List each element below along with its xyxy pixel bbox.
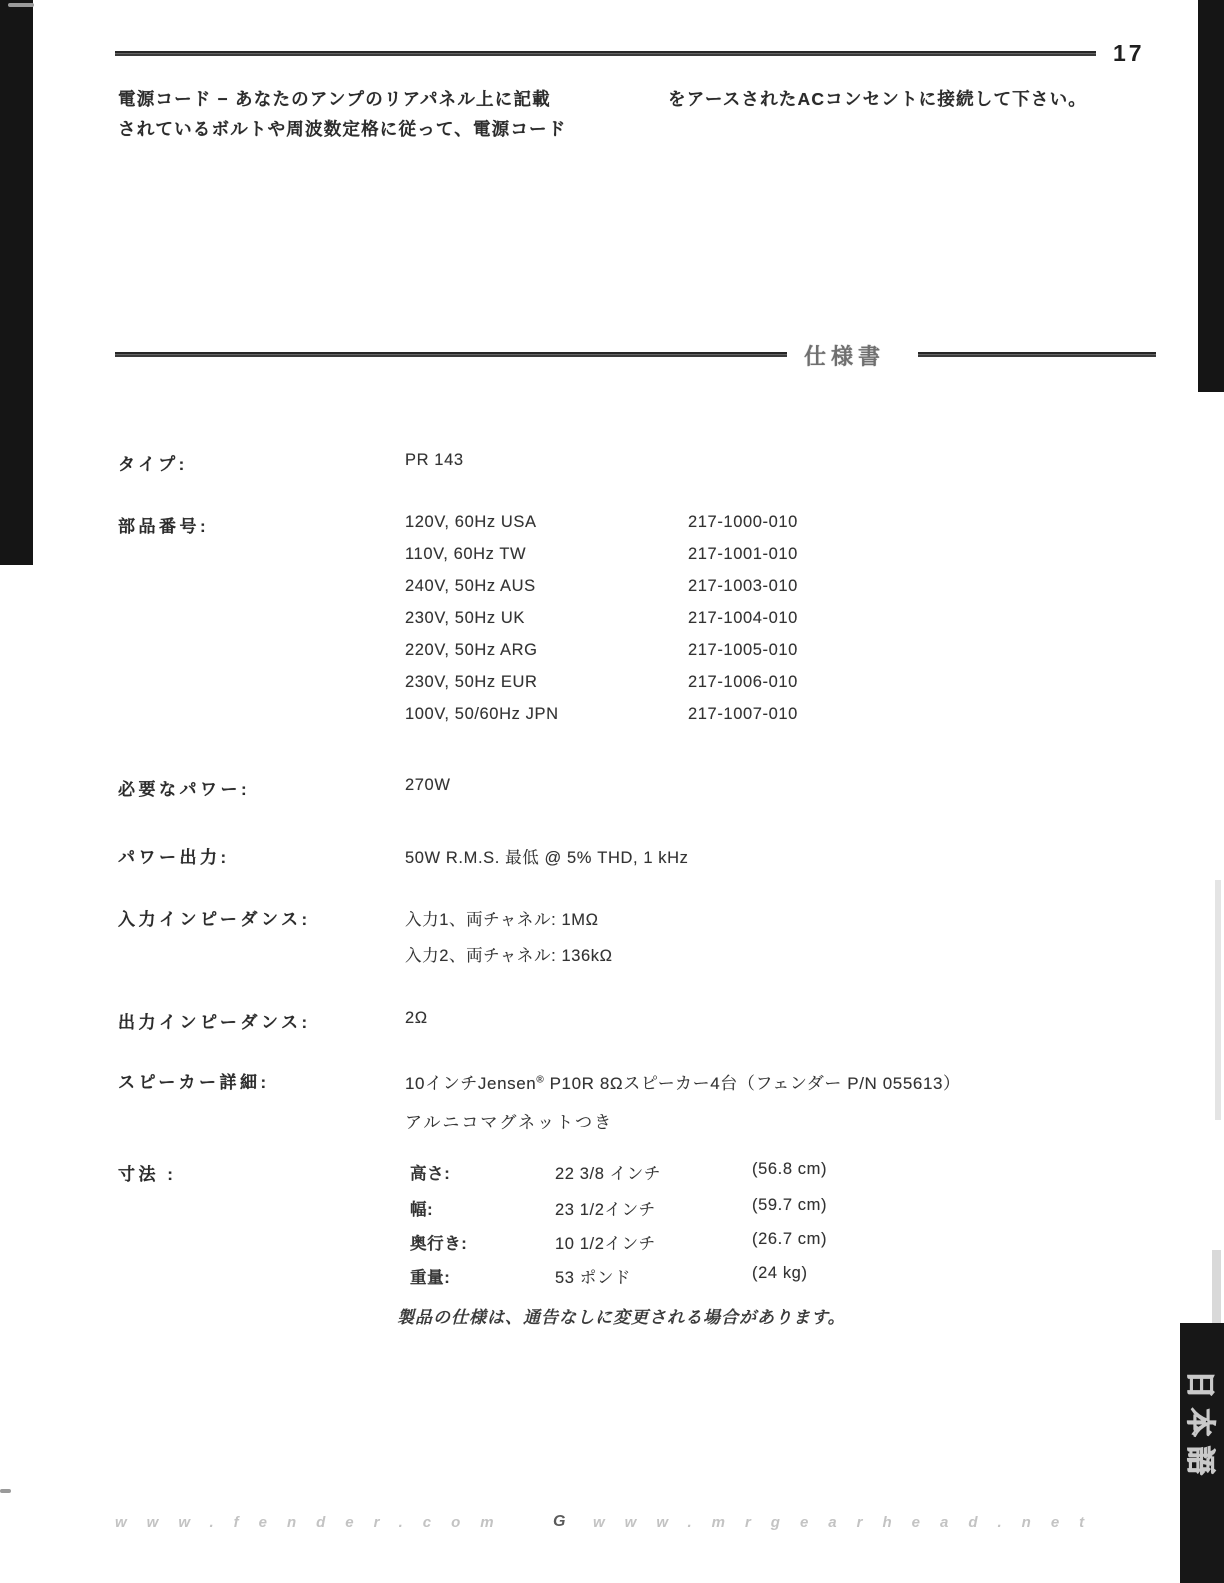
intro-left-line1: 電源コード − あなたのアンプのリアパネル上に記載 bbox=[118, 86, 551, 111]
language-tab-label: 日本語 bbox=[1182, 1370, 1223, 1484]
dim-imperial: 10 1/2インチ bbox=[555, 1230, 656, 1254]
spec-label-power-output: パワー出力: bbox=[118, 843, 230, 868]
intro-left-line2: されているボルトや周波数定格に従って、電源コード bbox=[118, 116, 566, 141]
dim-name: 奥行き: bbox=[410, 1230, 467, 1254]
scan-faint-strip-right-lower bbox=[1212, 1250, 1221, 1323]
manual-page: 17 電源コード − あなたのアンプのリアパネル上に記載 されているボルトや周波… bbox=[0, 0, 1224, 1583]
scan-edge-left-bar bbox=[0, 0, 33, 565]
speaker-text-cont: P10R 8Ωスピーカー4台（フェンダー P/N 055613） bbox=[544, 1074, 960, 1093]
part-variant: 110V, 60Hz TW bbox=[405, 545, 526, 564]
part-number: 217-1000-010 bbox=[688, 513, 798, 532]
spec-value-type: PR 143 bbox=[405, 451, 464, 470]
dim-metric: (24 kg) bbox=[752, 1264, 808, 1283]
dim-metric: (26.7 cm) bbox=[752, 1230, 827, 1249]
dim-name: 高さ: bbox=[410, 1160, 450, 1184]
part-variant: 230V, 50Hz UK bbox=[405, 609, 525, 628]
part-number: 217-1005-010 bbox=[688, 641, 798, 660]
footer-mrgearhead-url: www.mrgearhead.net bbox=[593, 1514, 1104, 1531]
spec-value-output-impedance: 2Ω bbox=[405, 1009, 428, 1028]
part-variant: 230V, 50Hz EUR bbox=[405, 673, 538, 692]
section-rule-left bbox=[115, 352, 787, 357]
dim-metric: (59.7 cm) bbox=[752, 1196, 827, 1215]
spec-label-power-required: 必要なパワー: bbox=[118, 775, 250, 800]
spec-value-input-impedance-2: 入力2、両チャネル: 136kΩ bbox=[405, 942, 613, 966]
page-number: 17 bbox=[1113, 40, 1145, 67]
spec-label-output-impedance: 出力インピーダンス: bbox=[118, 1008, 311, 1033]
section-title: 仕様書 bbox=[804, 340, 885, 371]
dim-name: 重量: bbox=[410, 1264, 450, 1288]
scan-smudge-left-edge bbox=[0, 1489, 11, 1493]
spec-disclaimer-note: 製品の仕様は、通告なしに変更される場合があります。 bbox=[397, 1303, 846, 1328]
part-number: 217-1007-010 bbox=[688, 705, 798, 724]
spec-label-type: タイプ: bbox=[118, 450, 188, 475]
scan-faint-strip-right bbox=[1215, 880, 1221, 1120]
footer-center-mark: G bbox=[553, 1513, 565, 1531]
dim-name: 幅: bbox=[410, 1196, 433, 1220]
footer-fender-url: www.fender.com bbox=[115, 1514, 514, 1531]
spec-value-power-required: 270W bbox=[405, 776, 451, 795]
part-variant: 220V, 50Hz ARG bbox=[405, 641, 538, 660]
part-number: 217-1001-010 bbox=[688, 545, 798, 564]
part-number: 217-1003-010 bbox=[688, 577, 798, 596]
scan-smudge-top-left bbox=[8, 3, 34, 7]
scan-edge-right-bar bbox=[1198, 0, 1224, 392]
spec-label-input-impedance: 入力インピーダンス: bbox=[118, 905, 311, 930]
spec-label-dimensions: 寸法 : bbox=[118, 1160, 176, 1185]
top-rule bbox=[115, 51, 1096, 56]
speaker-text: 10インチJensen bbox=[405, 1074, 536, 1093]
part-variant: 100V, 50/60Hz JPN bbox=[405, 705, 559, 724]
language-tab-japanese: 日本語 bbox=[1180, 1323, 1224, 1583]
dim-metric: (56.8 cm) bbox=[752, 1160, 827, 1179]
intro-right-line: をアースされたACコンセントに接続して下さい。 bbox=[668, 86, 1087, 111]
section-rule-right bbox=[918, 352, 1156, 357]
dim-imperial: 22 3/8 インチ bbox=[555, 1160, 661, 1184]
dim-imperial: 53 ポンド bbox=[555, 1264, 631, 1288]
spec-value-speaker-line2: アルニコマグネットつき bbox=[405, 1108, 613, 1133]
part-variant: 240V, 50Hz AUS bbox=[405, 577, 536, 596]
spec-value-speaker-line1: 10インチJensen® P10R 8Ωスピーカー4台（フェンダー P/N 05… bbox=[405, 1069, 961, 1094]
spec-value-input-impedance-1: 入力1、両チャネル: 1MΩ bbox=[405, 906, 599, 930]
spec-label-part-numbers: 部品番号: bbox=[118, 512, 209, 537]
part-variant: 120V, 60Hz USA bbox=[405, 513, 537, 532]
part-number: 217-1006-010 bbox=[688, 673, 798, 692]
spec-label-speaker: スピーカー詳細: bbox=[118, 1068, 270, 1093]
dim-imperial: 23 1/2インチ bbox=[555, 1196, 656, 1220]
part-number: 217-1004-010 bbox=[688, 609, 798, 628]
spec-value-power-output: 50W R.M.S. 最低 @ 5% THD, 1 kHz bbox=[405, 844, 689, 868]
